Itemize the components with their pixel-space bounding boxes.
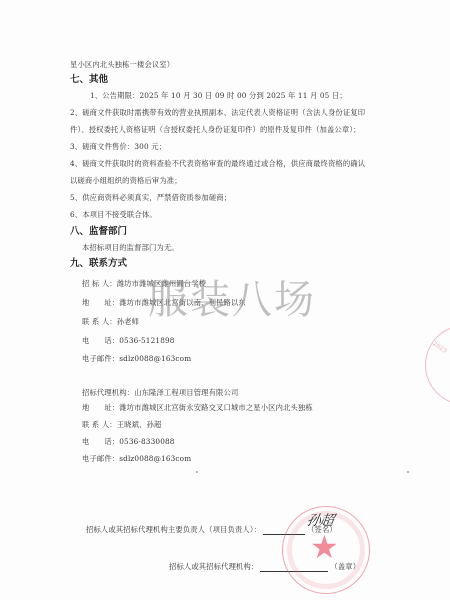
agency-email: sdlz0088@163com bbox=[119, 454, 191, 463]
other-item-2a: 2、磋商文件获取时需携带有效的营业执照副本、法定代表人资格证明（含法人身份证复印 bbox=[70, 108, 365, 118]
handwritten-signature: 孙超 bbox=[305, 510, 335, 530]
agency-phone: 0536-8330088 bbox=[119, 437, 174, 446]
tenderer-contact-row: 联 系 人：孙老师 bbox=[82, 317, 139, 327]
other-item-1: 1、公告期限：2025 年 10 月 30 日 09 时 00 分到 2025 … bbox=[90, 91, 347, 101]
agency-phone-row: 电 话：0536-8330088 bbox=[82, 437, 175, 447]
section-heading-contact: 九、联系方式 bbox=[70, 258, 127, 270]
other-item-4a: 4、磋商文件获取时的资料查验不代表资格审查的最终通过或合格，供应商最终资格的确认 bbox=[70, 159, 365, 169]
agency-address-row: 地 址：潍坊市潍城区北宫街永安路交叉口城市之星小区内北头独栋 bbox=[82, 403, 313, 413]
agency-contact-row: 联 系 人：王晓斌、孙超 bbox=[82, 420, 161, 430]
other-item-5: 5、供应商资料必须真实，严禁借资质参加磋商； bbox=[70, 193, 231, 203]
seal-label: 招标人或其招标代理机构： bbox=[169, 562, 258, 571]
agency-phone-label: 电 话： bbox=[82, 437, 119, 447]
other-item-2b: 件）、授权委托人资格证明（含授权委托人身份证复印件）的原件及复印件（加盖公章）； bbox=[70, 125, 361, 135]
tenderer-phone: 0536-5121898 bbox=[119, 336, 174, 345]
tenderer-contact: 孙老师 bbox=[117, 317, 139, 326]
agency-name-label: 招标代理机构： bbox=[82, 388, 134, 398]
seal-star-icon: ★ bbox=[310, 531, 339, 563]
tenderer-email-label: 电子邮件： bbox=[82, 354, 119, 364]
supervision-text: 本招标项目的监督部门为无。 bbox=[82, 243, 179, 253]
section-heading-supervision: 八、监督部门 bbox=[70, 226, 127, 238]
scan-dot bbox=[196, 471, 198, 473]
tenderer-phone-label: 电 话： bbox=[82, 336, 119, 346]
document-page: 星小区内北头独栋一楼会议室） 七、其他 1、公告期限：2025 年 10 月 3… bbox=[0, 0, 450, 600]
continuation-line: 星小区内北头独栋一楼会议室） bbox=[70, 60, 174, 70]
agency-contact: 王晓斌、孙超 bbox=[117, 420, 162, 429]
agency-email-label: 电子邮件： bbox=[82, 454, 119, 464]
tenderer-address-label: 地 址： bbox=[82, 298, 119, 308]
section-heading-other: 七、其他 bbox=[70, 74, 108, 86]
agency-address: 潍坊市潍城区北宫街永安路交叉口城市之星小区内北头独栋 bbox=[119, 403, 313, 412]
scan-dot bbox=[407, 471, 409, 473]
tenderer-contact-label: 联 系 人： bbox=[82, 317, 117, 327]
agency-email-row: 电子邮件：sdlz0088@163com bbox=[82, 454, 191, 464]
tenderer-name-label: 招 标 人： bbox=[82, 279, 117, 289]
other-item-3: 3、磋商文件售价：300 元； bbox=[70, 142, 166, 152]
other-item-4b: 以磋商小组组织的资格后审为准； bbox=[70, 176, 182, 186]
tenderer-phone-row: 电 话：0536-5121898 bbox=[82, 336, 175, 346]
agency-name-row: 招标代理机构：山东隆泽工程项目管理有限公司 bbox=[82, 388, 238, 398]
partial-stamp-right: 2023 bbox=[425, 325, 450, 405]
tenderer-email-row: 电子邮件：sdlz0088@163com bbox=[82, 354, 191, 364]
stamp-edge-text: 2023 bbox=[431, 340, 448, 354]
watermark: 服装八场 bbox=[148, 268, 316, 325]
tenderer-email: sdlz0088@163com bbox=[119, 354, 191, 363]
agency-name: 山东隆泽工程项目管理有限公司 bbox=[134, 388, 238, 397]
other-item-6: 6、本项目不接受联合体。 bbox=[70, 210, 157, 220]
signature-label: 招标人或其招标代理机构主要负责人（项目负责人）： bbox=[86, 525, 261, 534]
agency-contact-label: 联 系 人： bbox=[82, 420, 117, 430]
agency-address-label: 地 址： bbox=[82, 403, 119, 413]
